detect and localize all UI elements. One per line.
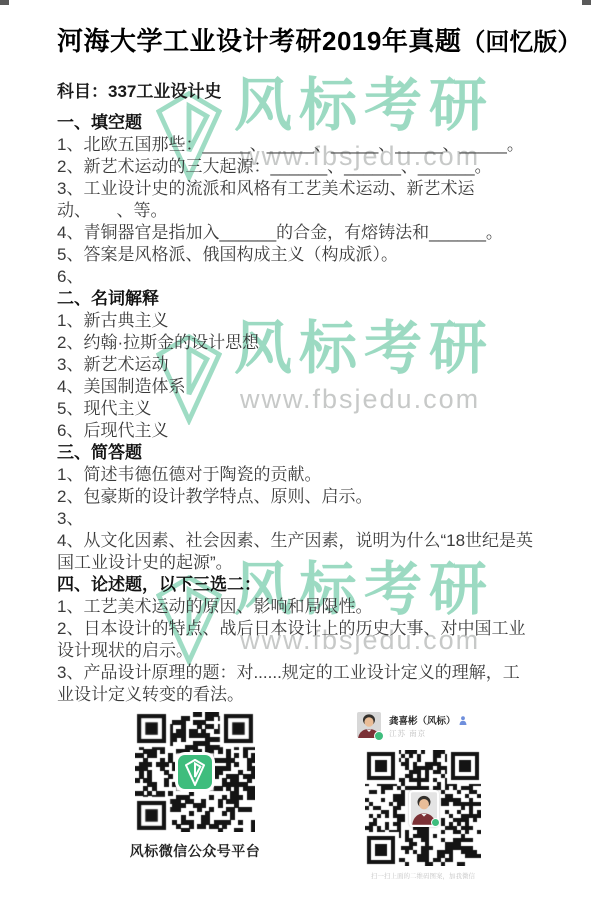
section-heading: 四、论述题，以下三选二： [57,574,534,596]
question-line: 3、工业设计史的流派和风格有工艺美术运动、新艺术运动、 、等。 [57,178,534,222]
question-line: 1、新古典主义 [57,310,534,332]
fengbiao-logo-badge [178,755,212,789]
question-line: 5、答案是风格派、俄国构成主义（构成派）。 [57,244,534,266]
question-line: 2、日本设计的特点、战后日本设计上的历史大事、对中国工业设计现状的启示。 [57,618,534,662]
question-line: 3、产品设计原理的题：对......规定的工业设计定义的理解，工业设计定义转变的… [57,662,534,706]
question-line: 2、包豪斯的设计教学特点、原则、启示。 [57,486,534,508]
question-line: 4、从文化因素、社会因素、生产因素，说明为什么“18世纪是英国工业设计史的起源”… [57,530,534,574]
page-title-suffix: （回忆版） [461,29,581,56]
qr-code-canvas [365,750,481,866]
status-badge [374,731,384,741]
fengbiao-logo-icon [185,759,205,786]
exam-paper: 河海大学工业设计考研2019年真题（回忆版） 科目：337工业设计史 一、填空题… [0,0,591,706]
qr-code-canvas [135,712,255,832]
question-line: 6、 [57,266,534,288]
question-line: 3、新艺术运动 [57,354,534,376]
page-title: 河海大学工业设计考研2019年真题（回忆版） [57,26,534,58]
question-line: 4、青铜器官是指加入______的合金，有熔铸法和______。 [57,222,534,244]
status-badge [431,818,440,827]
question-line: 1、北欧五国那些：_____、_____、_____、_____、_____。 [57,134,534,156]
official-qr-caption: 风标微信公众号平台 [110,841,280,861]
page-title-main: 河海大学工业设计考研2019年真题 [57,26,461,56]
question-line: 1、简述韦德伍德对于陶瓷的贡献。 [57,464,534,486]
avatar-photo [357,712,381,738]
subject-line: 科目：337工业设计史 [57,81,534,103]
male-person-icon [459,716,467,725]
question-line: 1、工艺美术运动的原因、影响和局限性。 [57,596,534,618]
official-account-qr [135,712,255,832]
question-line: 5、现代主义 [57,398,534,420]
page-corner-mark [0,0,9,5]
section-heading: 三、简答题 [57,442,534,464]
section-heading: 二、名词解释 [57,288,534,310]
contact-qr [365,750,481,866]
question-sections: 一、填空题1、北欧五国那些：_____、_____、_____、_____、__… [57,112,534,706]
question-line: 4、美国制造体系 [57,376,534,398]
scan-hint: 扫一扫上面的二维码图案，加我微信 [365,871,481,880]
contact-name: 龚喜彬（风标） [389,713,467,727]
contact-avatar [357,712,381,738]
question-line: 3、 [57,508,534,530]
section-heading: 一、填空题 [57,112,534,134]
contact-location: 江苏 南京 [389,728,426,739]
qr-center-avatar [409,790,439,827]
avatar-photo [411,792,437,825]
question-line: 2、约翰·拉斯金的设计思想 [57,332,534,354]
question-line: 2、新艺术运动的三大起源：______、______、______。 [57,156,534,178]
page-corner-mark [582,0,591,5]
question-line: 6、后现代主义 [57,420,534,442]
contact-name-text: 龚喜彬（风标） [389,713,456,727]
